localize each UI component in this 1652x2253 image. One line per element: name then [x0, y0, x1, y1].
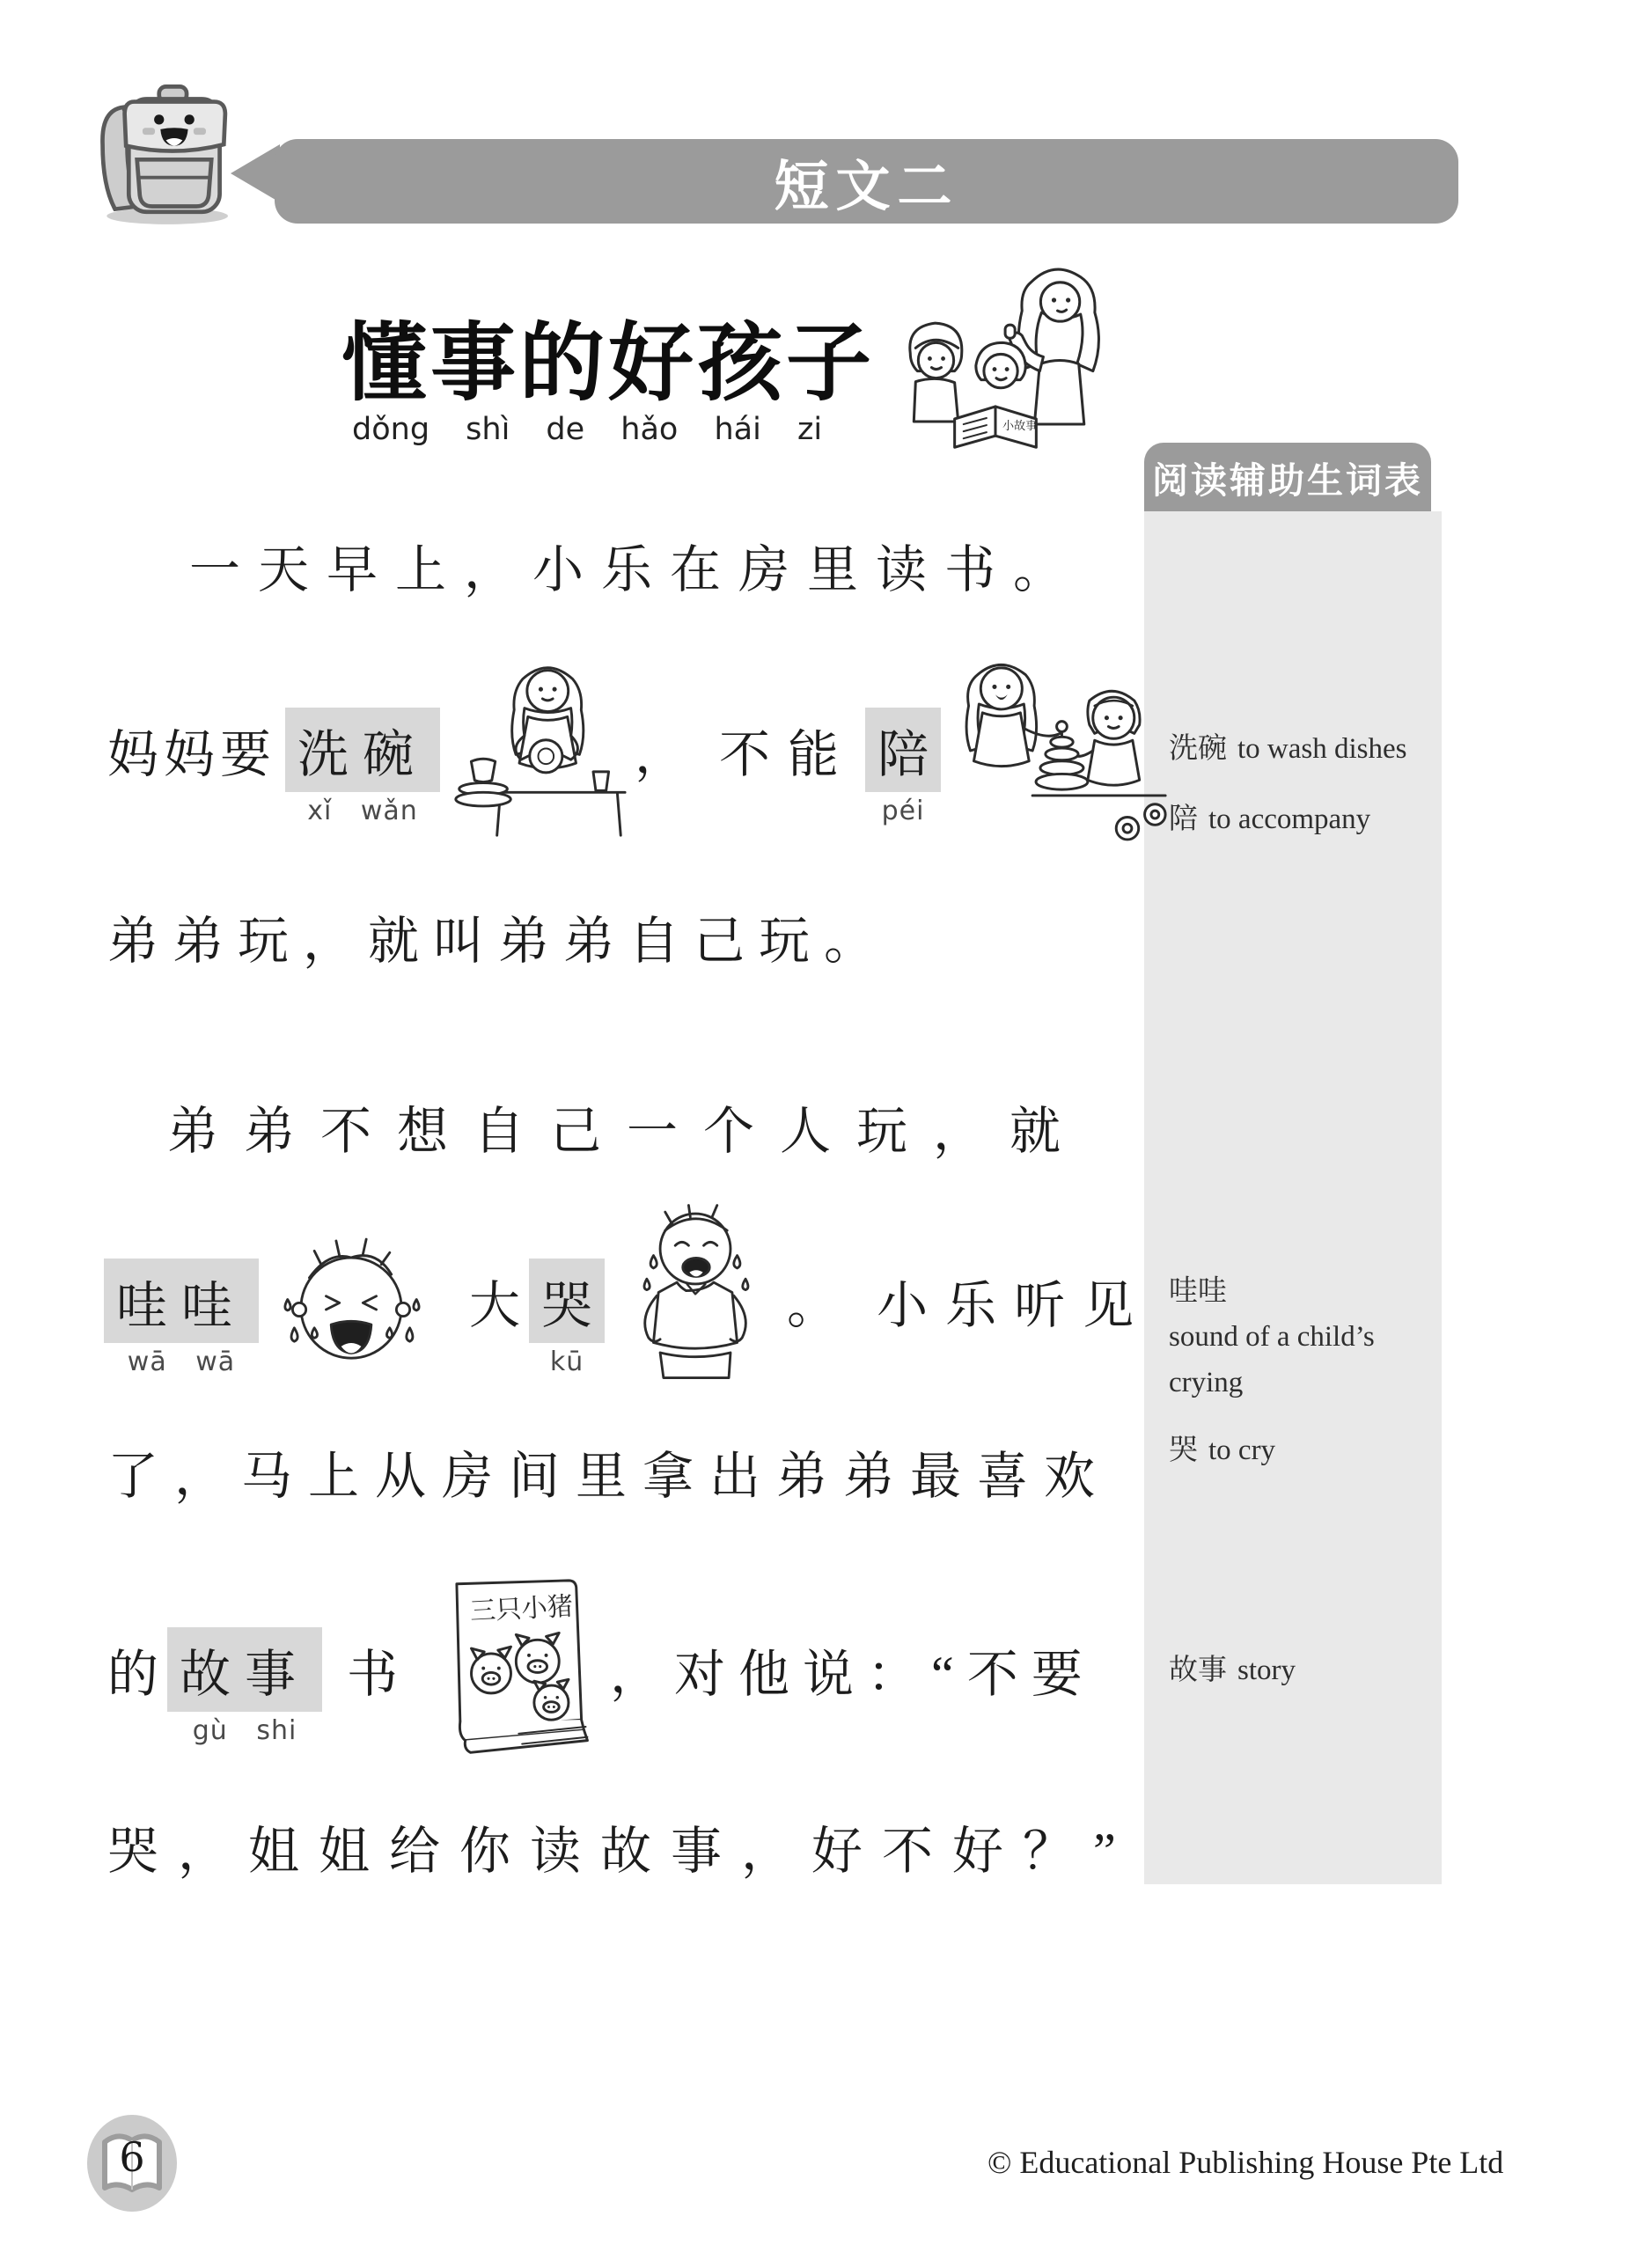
banner-tail — [231, 144, 280, 202]
highlighted-word-pei: 陪 péi — [865, 708, 941, 792]
highlight-text: 哇哇 — [116, 1277, 246, 1334]
story-title: 懂事的好孩子 — [341, 294, 875, 417]
story-line-7: 的 故事 gù shi 书 三只小猪 — [107, 1568, 1096, 1771]
vocab-list-header: 阅读辅助生词表 — [1144, 443, 1431, 511]
story-line-5: 哇哇 wā wā 大 哭 — [104, 1197, 1151, 1404]
pinyin-gushi: gù shi — [193, 1715, 297, 1746]
vocab-english: story — [1237, 1655, 1296, 1686]
vocab-list-header-label: 阅读辅助生词表 — [1152, 451, 1423, 503]
story-line-4: 弟弟不想自己一个人玩，就 — [167, 1090, 1086, 1163]
story-text: 小乐听见 — [877, 1264, 1151, 1338]
story-text: 不能 — [719, 713, 856, 787]
highlight-text: 哭 — [541, 1277, 592, 1334]
crying-child-face-illustration — [266, 1227, 437, 1375]
pinyin-pei: péi — [882, 796, 925, 826]
vocab-chinese: 洗碗 — [1169, 733, 1227, 765]
story-text: 。 — [787, 1264, 838, 1338]
highlighted-word-xiwan: 洗碗 xǐ wǎn — [285, 708, 440, 792]
vocab-entry: 哭to cry — [1169, 1427, 1421, 1473]
highlighted-word-gushi: 故事 gù shi — [167, 1627, 322, 1712]
highlighted-word-wawa: 哇哇 wā wā — [104, 1259, 259, 1343]
story-line-1: 一天早上，小乐在房里读书。 — [189, 528, 1082, 602]
pinyin-wawa: wā wā — [128, 1347, 235, 1377]
pinyin-xiwan: xǐ wǎn — [307, 796, 418, 826]
vocab-list-panel: 洗碗to wash dishes 陪to accompany 哇哇sound o… — [1144, 511, 1442, 1884]
vocab-chinese: 故事 — [1169, 1655, 1227, 1686]
vocab-english: to cry — [1208, 1435, 1275, 1466]
story-text: ，对他说：“不要 — [610, 1633, 1096, 1706]
story-text: 妈妈要 — [107, 713, 276, 787]
section-banner: 短文二 — [275, 139, 1458, 224]
mother-playing-with-child-illustration — [950, 650, 1170, 849]
highlight-text: 洗碗 — [297, 726, 428, 783]
family-reading-book-label: 小故事 — [1002, 418, 1037, 432]
vocab-english: sound of a child’s crying — [1169, 1314, 1406, 1405]
washing-dishes-illustration — [449, 652, 629, 848]
family-reading-illustration: 小故事 — [880, 257, 1111, 466]
page-number: 6 — [84, 2133, 180, 2181]
vocab-chinese: 哇哇 — [1169, 1268, 1410, 1314]
highlighted-word-ku: 哭 kū — [529, 1259, 605, 1343]
vocab-chinese: 哭 — [1169, 1435, 1198, 1466]
vocab-chinese: 陪 — [1169, 804, 1198, 835]
vocab-english: to accompany — [1208, 804, 1370, 835]
story-line-8: 哭，姐姐给你读故事，好不好？” — [107, 1809, 1135, 1883]
story-text: 大 — [469, 1264, 520, 1338]
story-text: 的 — [107, 1633, 158, 1706]
copyright-notice: © Educational Publishing House Pte Ltd — [988, 2144, 1503, 2181]
highlight-text: 陪 — [877, 726, 929, 783]
vocab-english: to wash dishes — [1237, 733, 1407, 765]
highlight-text: 故事 — [180, 1646, 310, 1703]
storybook-illustration: 三只小猪 — [415, 1572, 605, 1768]
section-banner-label: 短文二 — [774, 143, 958, 221]
vocab-entry: 陪to accompany — [1169, 796, 1421, 842]
crying-boy-illustration — [610, 1199, 782, 1403]
vocab-entry: 哇哇sound of a child’s crying — [1169, 1268, 1421, 1405]
story-text: 书 — [347, 1633, 398, 1706]
story-line-2: 妈妈要 洗碗 xǐ wǎn ， — [107, 653, 1170, 847]
backpack-mascot-icon — [81, 69, 248, 227]
story-title-pinyin: dǒng shì de hǎo hái zi — [352, 412, 822, 447]
story-line-6: 了，马上从房间里拿出弟弟最喜欢 — [107, 1435, 1111, 1508]
vocab-entry: 洗碗to wash dishes — [1169, 726, 1421, 772]
story-text: ， — [635, 713, 686, 787]
pinyin-ku: kū — [550, 1347, 584, 1377]
storybook-cover-title: 三只小猪 — [469, 1591, 574, 1626]
vocab-entry: 故事story — [1169, 1648, 1421, 1693]
textbook-page: 短文二 懂事的好孩子 dǒng shì de hǎo hái zi — [0, 0, 1652, 2253]
story-line-3: 弟弟玩，就叫弟弟自己玩。 — [107, 899, 889, 973]
page-number-badge: 6 — [84, 2114, 180, 2214]
